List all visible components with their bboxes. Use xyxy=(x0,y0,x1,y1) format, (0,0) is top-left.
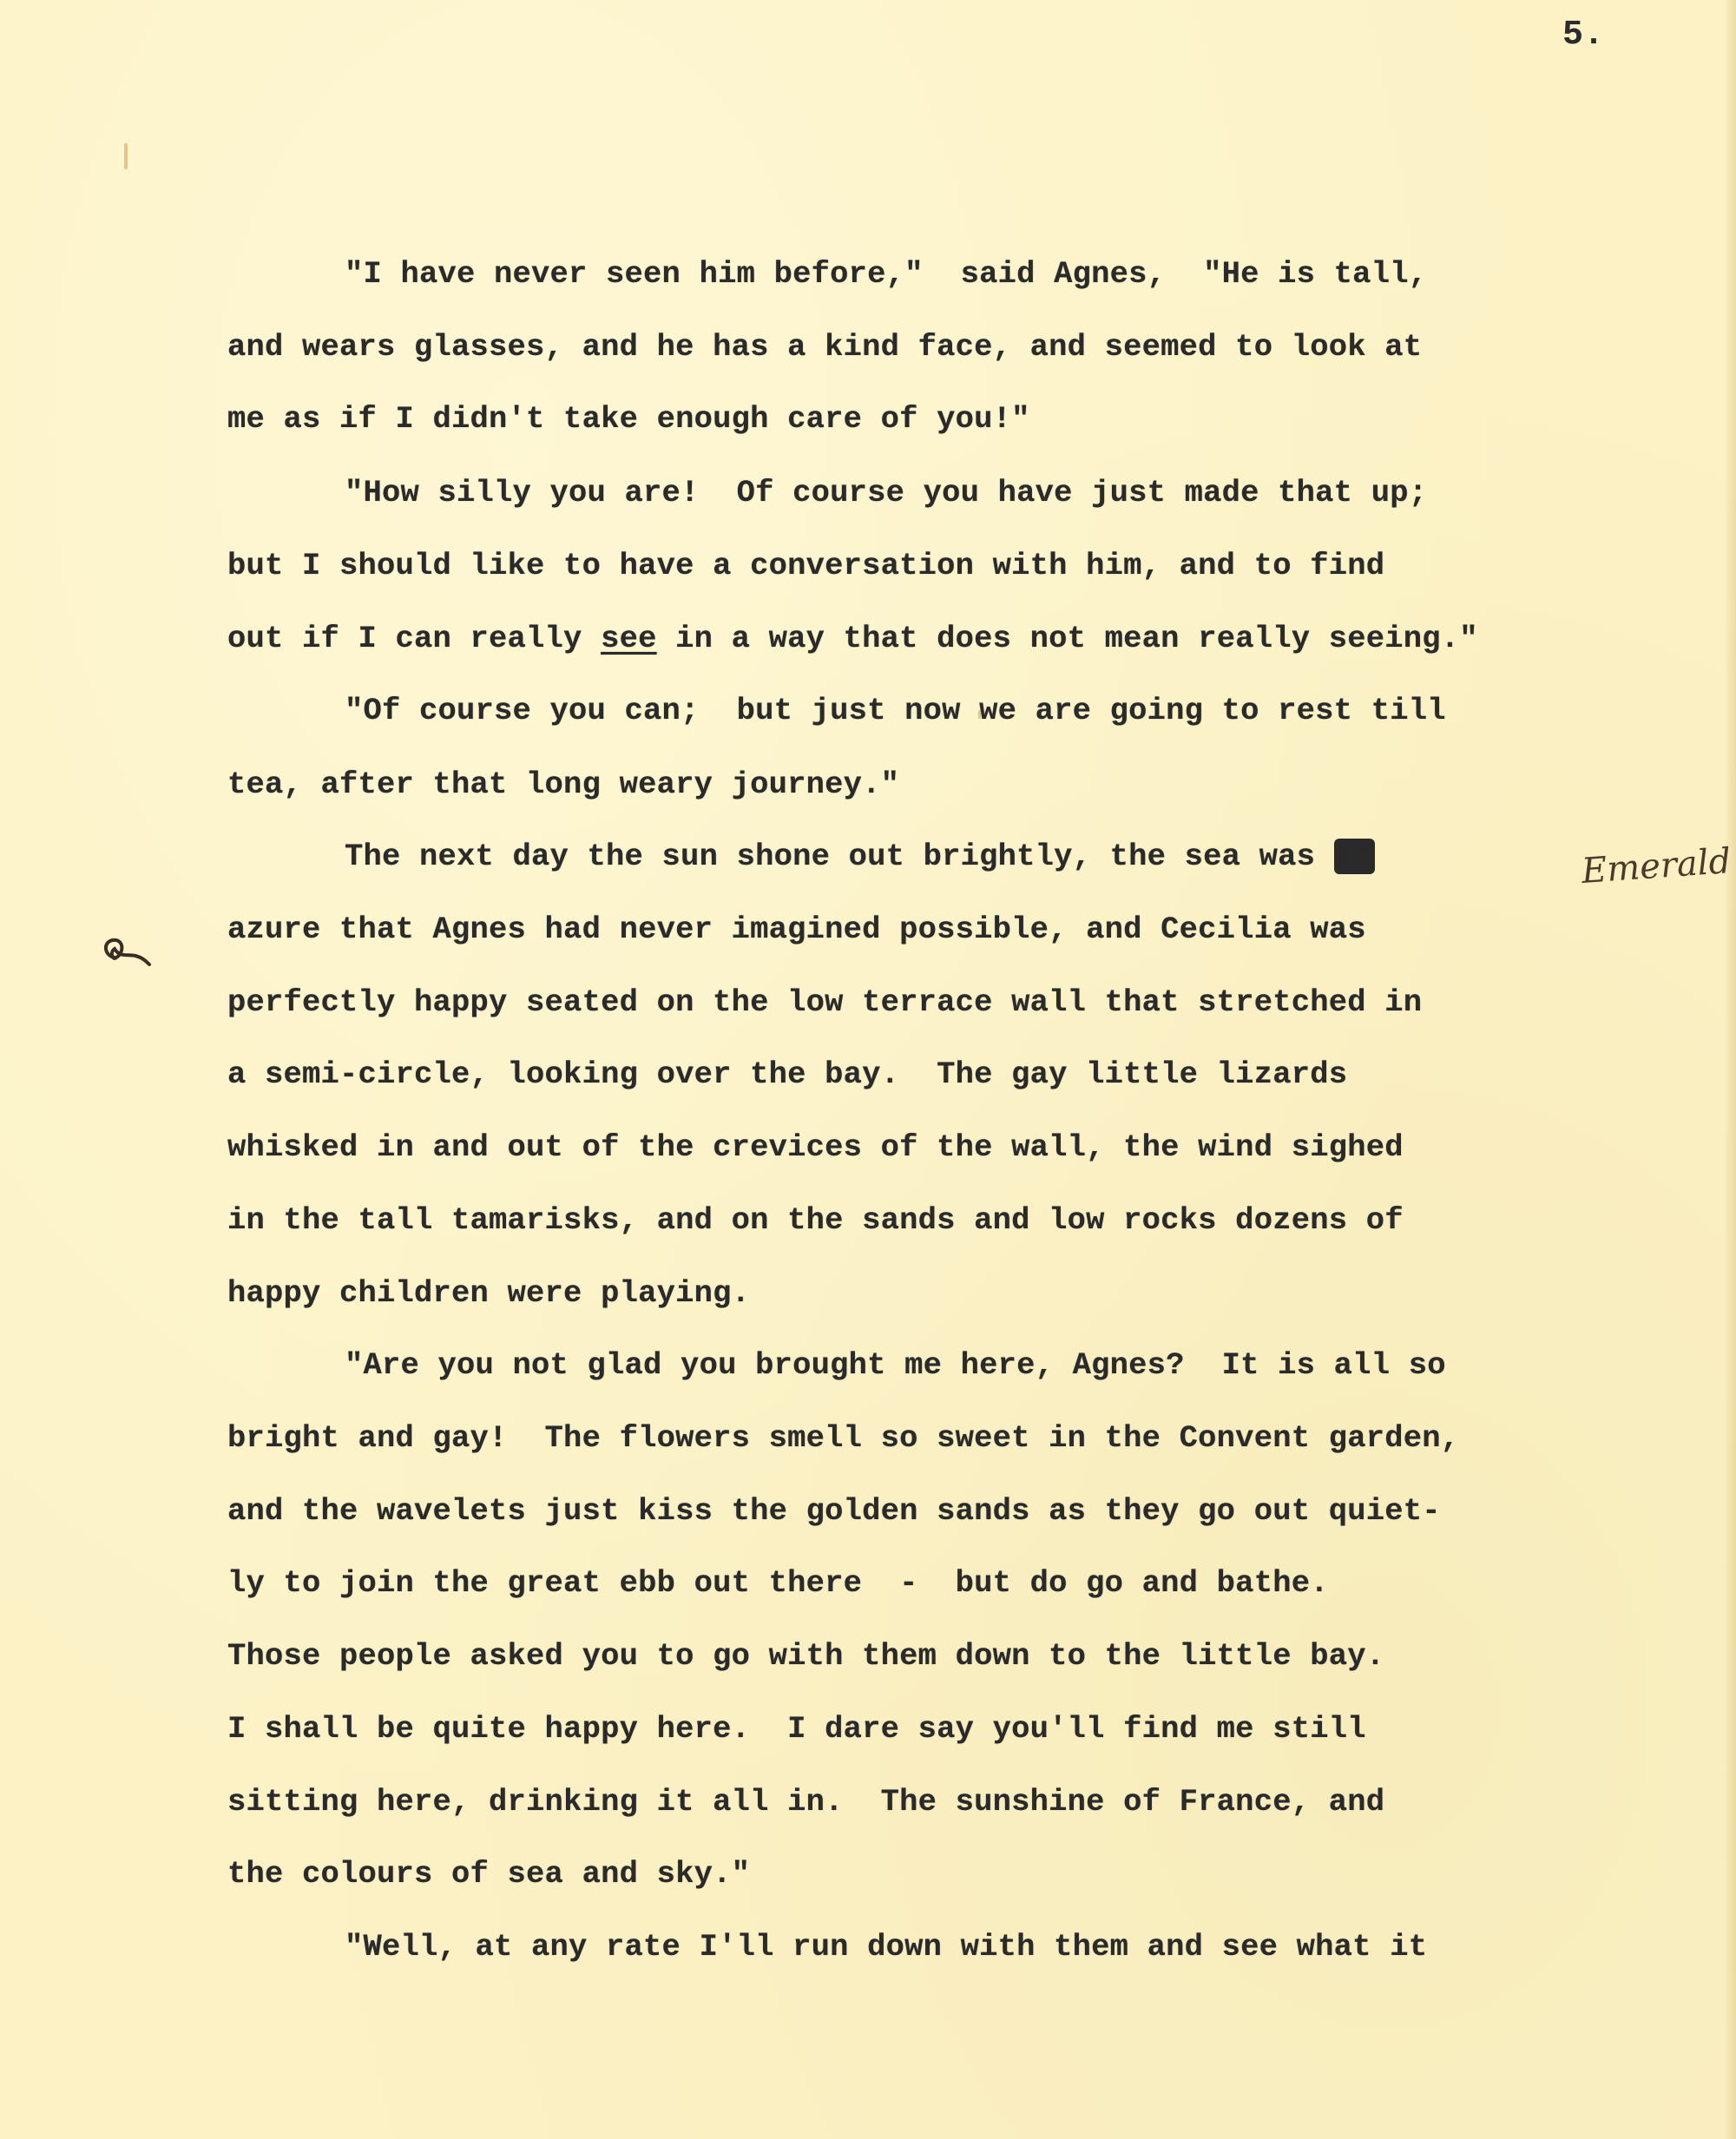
line-text: whisked in and out of the crevices of th… xyxy=(227,1129,1404,1165)
margin-insertion-mark-icon xyxy=(95,931,165,975)
handwritten-insert: Emerald xyxy=(1581,841,1733,892)
line-text: happy children were playing. xyxy=(227,1275,750,1311)
line-text: "Well, at any rate I'll run down with th… xyxy=(345,1929,1427,1965)
line-text: a semi-circle, looking over the bay. The… xyxy=(227,1056,1347,1092)
text-line: happy children were playing. xyxy=(227,1275,750,1311)
typescript-page: 5. "I have never seen him before," said … xyxy=(0,0,1736,2139)
text-line: bright and gay! The flowers smell so swe… xyxy=(227,1420,1459,1456)
text-line: sitting here, drinking it all in. The su… xyxy=(227,1784,1384,1820)
text-line: "I have never seen him before," said Agn… xyxy=(345,256,1427,292)
line-text: ly to join the great ebb out there - but… xyxy=(227,1565,1329,1601)
line-text: perfectly happy seated on the low terrac… xyxy=(227,984,1422,1020)
line-text: "I have never seen him before," said Agn… xyxy=(345,256,1427,292)
line-text-continued: in a way that does not mean really seein… xyxy=(657,621,1478,656)
text-line: "How silly you are! Of course you have j… xyxy=(345,475,1427,510)
paper-blemish xyxy=(124,143,128,169)
line-text: tea, after that long weary journey." xyxy=(227,767,899,802)
line-text: "Are you not glad you brought me here, A… xyxy=(345,1347,1446,1383)
line-text: the colours of sea and sky." xyxy=(227,1856,750,1892)
line-text: azure that Agnes had never imagined poss… xyxy=(227,912,1366,947)
line-text: bright and gay! The flowers smell so swe… xyxy=(227,1420,1459,1456)
line-text: "How silly you are! Of course you have j… xyxy=(345,475,1427,510)
line-text: The next day the sun shone out brightly,… xyxy=(345,839,1334,874)
text-line: The next day the sun shone out brightly,… xyxy=(345,839,1375,874)
text-line: but I should like to have a conversation… xyxy=(227,548,1384,583)
text-line: "Of course you can; but just now we are … xyxy=(345,693,1446,728)
text-line: and the wavelets just kiss the golden sa… xyxy=(227,1493,1441,1529)
text-line: "Well, at any rate I'll run down with th… xyxy=(345,1929,1427,1965)
paper-edge xyxy=(1724,0,1736,2139)
line-text: but I should like to have a conversation… xyxy=(227,548,1384,583)
text-line: whisked in and out of the crevices of th… xyxy=(227,1129,1404,1165)
line-text: "Of course you can; but just now we are … xyxy=(345,693,1446,728)
text-line: azure that Agnes had never imagined poss… xyxy=(227,912,1366,947)
text-line: tea, after that long weary journey." xyxy=(227,767,899,802)
text-line: I shall be quite happy here. I dare say … xyxy=(227,1711,1366,1747)
line-text: I shall be quite happy here. I dare say … xyxy=(227,1711,1366,1747)
text-line: perfectly happy seated on the low terrac… xyxy=(227,984,1422,1020)
line-text: Those people asked you to go with them d… xyxy=(227,1638,1384,1674)
line-text: sitting here, drinking it all in. The su… xyxy=(227,1784,1384,1820)
text-line: a semi-circle, looking over the bay. The… xyxy=(227,1056,1347,1092)
line-text: and the wavelets just kiss the golden sa… xyxy=(227,1493,1441,1529)
text-line: the colours of sea and sky." xyxy=(227,1856,750,1892)
line-text: in the tall tamarisks, and on the sands … xyxy=(227,1202,1404,1238)
text-line: in the tall tamarisks, and on the sands … xyxy=(227,1202,1404,1238)
text-line: Those people asked you to go with them d… xyxy=(227,1638,1384,1674)
struck-out-word: an xyxy=(1334,839,1375,874)
text-line: ly to join the great ebb out there - but… xyxy=(227,1565,1329,1601)
line-text: me as if I didn't take enough care of yo… xyxy=(227,401,1030,437)
text-line: "Are you not glad you brought me here, A… xyxy=(345,1347,1446,1383)
underlined-word: see xyxy=(601,621,657,656)
text-line: out if I can really see in a way that do… xyxy=(227,621,1478,656)
text-line: and wears glasses, and he has a kind fac… xyxy=(227,329,1422,365)
line-text: and wears glasses, and he has a kind fac… xyxy=(227,329,1422,365)
line-text: out if I can really xyxy=(227,621,601,656)
text-line: me as if I didn't take enough care of yo… xyxy=(227,401,1030,437)
page-number: 5. xyxy=(1562,16,1604,55)
